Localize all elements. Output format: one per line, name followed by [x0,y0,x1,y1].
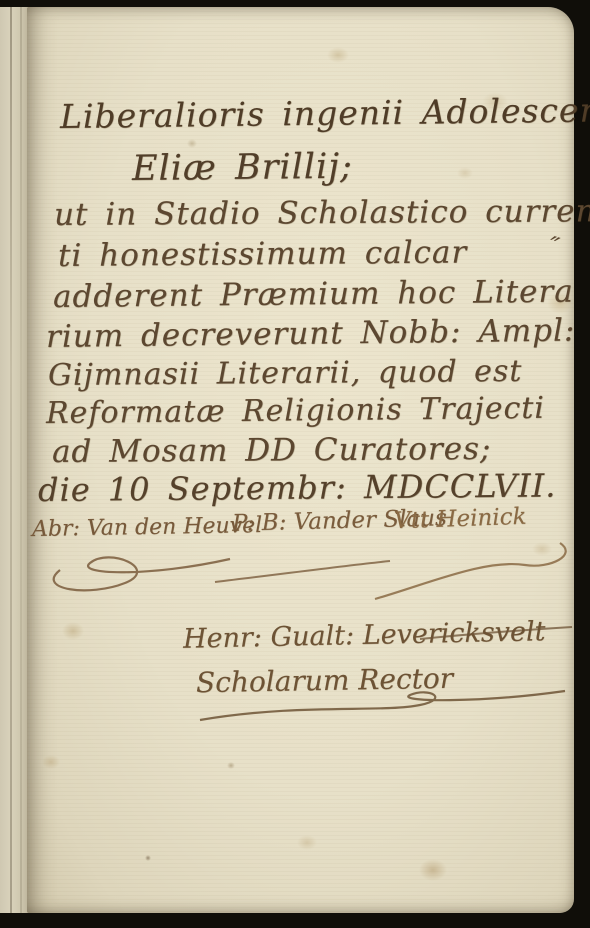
manuscript-line-1: Liberalioris ingenii Adolescenti [60,90,590,136]
photo-background: Liberalioris ingenii Adolescenti Eliæ Br… [0,0,590,928]
foxing-spot [457,167,473,179]
foxing-spot [327,47,349,63]
foxing-spot [532,542,552,556]
manuscript-line-5: adderent Præmium hoc Litera [53,274,574,315]
manuscript-line-9: ad Mosam DD Curatores; [52,431,492,470]
foxing-spot [145,855,151,861]
foxing-spot [62,622,84,640]
page-crease [20,7,22,913]
manuscript-line-6: rium decreverunt Nobb: Ampl: [46,313,576,355]
page-crease [10,7,12,913]
foxing-spot [297,835,317,850]
foxing-spot [42,755,60,769]
signature-curator-1: Abr: Van den Heuvel [32,513,263,542]
manuscript-line-7: Gijmnasii Literarii, quod est [48,354,523,393]
foxing-spot [227,762,235,769]
manuscript-line-3: ut in Stadio Scholastico curren [54,193,590,233]
foxing-spot [187,139,197,148]
signature-rector-title: Scholarum Rector [196,662,454,699]
foxing-spot [419,859,447,881]
manuscript-line-8: Reformatæ Religionis Trajecti [46,391,545,431]
signature-curator-3: Vtt Heinick [394,504,527,535]
manuscript-line-4: ti honestissimum calcar [58,234,468,274]
manuscript-line-10: die 10 Septembr: MDCCLVII. [38,466,557,509]
page-fore-edge [0,7,30,913]
manuscript-line-2: Eliæ Brillij; [132,147,353,189]
